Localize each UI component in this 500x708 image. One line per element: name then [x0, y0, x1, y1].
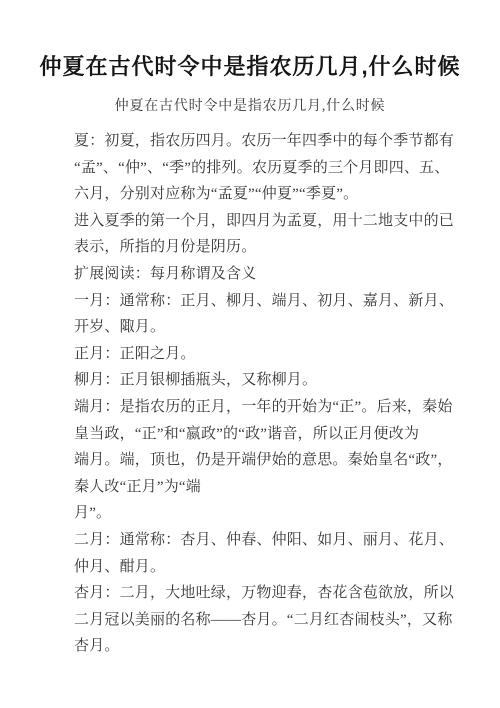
text-line: 柳月：正月银柳插瓶头，又称柳月。 — [74, 367, 434, 394]
text-line: 仲月、酣月。 — [74, 554, 434, 581]
text-line: 进入夏季的第一个月，即四月为孟夏，用十二地支中的已 — [74, 208, 434, 235]
text-line: 二月冠以美丽的名称——杏月。“二月红杏闹枝头”，又称 — [74, 607, 434, 634]
article-page: 仲夏在古代时令中是指农历几月,什么时候 仲夏在古代时令中是指农历几月,什么时候 … — [0, 0, 500, 708]
text-line: 杏月：二月，大地吐绿，万物迎春，杏花含苞欲放，所以 — [74, 580, 434, 607]
text-line: 夏：初夏，指农历四月。农历一年四季中的每个季节都有 — [74, 128, 434, 155]
text-line: 月”。 — [74, 500, 434, 527]
text-line: 开岁、陬月。 — [74, 314, 434, 341]
article-subtitle: 仲夏在古代时令中是指农历几月,什么时候 — [0, 97, 500, 117]
text-line: 一月：通常称：正月、柳月、端月、初月、嘉月、新月、 — [74, 288, 434, 315]
text-line: 秦人改“正月”为“端 — [74, 474, 434, 501]
text-line: 端月：是指农历的正月，一年的开始为“正”。后来，秦始 — [74, 394, 434, 421]
text-line: 皇当政，“正”和“嬴政”的“政”谐音，所以正月便改为 — [74, 421, 434, 448]
text-line: 杏月。 — [74, 633, 434, 660]
article-body: 夏：初夏，指农历四月。农历一年四季中的每个季节都有“孟”、“仲”、“季”的排列。… — [0, 128, 500, 660]
page-title: 仲夏在古代时令中是指农历几月,什么时候 — [0, 0, 500, 82]
text-line: 表示，所指的月份是阴历。 — [74, 234, 434, 261]
text-line: 端月。端，顶也，仍是开端伊始的意思。秦始皇名“政”， — [74, 447, 434, 474]
text-line: 扩展阅读：每月称谓及含义 — [74, 261, 434, 288]
text-line: 六月，分别对应称为“孟夏”“仲夏”“季夏”。 — [74, 181, 434, 208]
text-line: “孟”、“仲”、“季”的排列。农历夏季的三个月即四、五、 — [74, 155, 434, 182]
text-line: 二月：通常称：杏月、仲春、仲阳、如月、丽月、花月、 — [74, 527, 434, 554]
text-line: 正月：正阳之月。 — [74, 341, 434, 368]
